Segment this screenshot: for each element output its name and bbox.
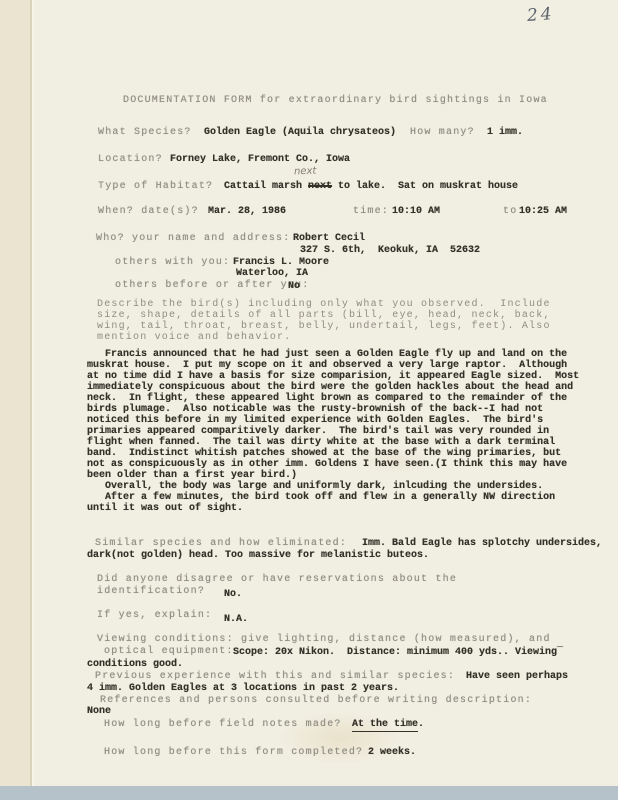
previous-experience-value-1: Have seen perhaps xyxy=(466,671,568,682)
viewing-value-1: Scope: 20x Nikon. Distance: minimum 400 … xyxy=(233,647,563,658)
others-before-after-label: others before or after you: xyxy=(115,280,309,291)
if-yes-value: N.A. xyxy=(224,614,248,625)
references-label: References and persons consulted before … xyxy=(100,695,532,706)
others-with-label: others with you: xyxy=(115,257,230,268)
field-notes-period: . xyxy=(418,719,424,730)
habitat-label: Type of Habitat? xyxy=(98,181,213,192)
time-value: 10:10 AM xyxy=(392,206,440,217)
describe-prompt-line: size, shape, details of all parts (bill,… xyxy=(97,310,551,321)
scan-bottom-band xyxy=(0,786,618,800)
disagree-label-2: identification? xyxy=(97,586,205,597)
narrative-line: until it was out of sight. xyxy=(87,503,579,514)
similar-species-label: Similar species and how eliminated: xyxy=(95,538,347,549)
to-label: to xyxy=(503,206,517,217)
time-label: time: xyxy=(353,206,389,217)
narrative-line: immediately conspicuous about the bird w… xyxy=(87,382,579,393)
describe-prompt-line: mention voice and behavior. xyxy=(97,332,551,343)
similar-species-value-1: Imm. Bald Eagle has splotchy undersides, xyxy=(362,538,602,549)
narrative-line: noticed this before in my limited experi… xyxy=(87,415,579,426)
others-with-name: Francis L. Moore xyxy=(233,257,329,268)
describe-prompt-line: Describe the bird(s) including only what… xyxy=(97,299,551,310)
location-value: Forney Lake, Fremont Co., Iowa xyxy=(170,154,350,165)
who-name: Robert Cecil xyxy=(293,233,365,244)
narrative-line: Overall, the body was large and uniforml… xyxy=(87,481,579,492)
viewing-label-1: Viewing conditions: give lighting, dista… xyxy=(97,634,551,645)
habitat-value: Cattail marsh next to lake. Sat on muskr… xyxy=(224,181,518,192)
narrative-line: at no time did I have a basis for size c… xyxy=(87,371,579,382)
previous-experience-label: Previous experience with this and simila… xyxy=(95,671,455,682)
scanned-document-page: 24 DOCUMENTATION FORM for extraordinary … xyxy=(0,0,618,800)
habitat-value-pre: Cattail marsh xyxy=(224,181,308,192)
narrative-line: been older than a first year bird.) xyxy=(87,470,579,481)
species-value: Golden Eagle (Aquila chrysateos) xyxy=(204,127,396,138)
disagree-label-1: Did anyone disagree or have reservations… xyxy=(97,574,457,585)
species-label: What Species? xyxy=(98,127,192,138)
how-many-value: 1 imm. xyxy=(487,127,523,138)
location-label: Location? xyxy=(98,154,163,165)
description-narrative: Francis announced that he had just seen … xyxy=(87,349,579,514)
describe-prompt: Describe the bird(s) including only what… xyxy=(97,299,551,343)
habitat-value-post: to lake. Sat on muskrat house xyxy=(332,181,518,192)
who-label: Who? your name and address: xyxy=(96,233,290,244)
who-address: 327 S. 6th, Keokuk, IA 52632 xyxy=(300,245,480,256)
narrative-line: not as conspicuously as in other imm. Go… xyxy=(87,459,579,470)
describe-prompt-line: wing, tail, throat, breast, belly, under… xyxy=(97,321,551,332)
handwritten-page-number: 24 xyxy=(526,4,555,26)
form-title: DOCUMENTATION FORM for extraordinary bir… xyxy=(123,95,548,106)
scan-left-margin xyxy=(0,0,30,800)
previous-experience-value-2: 4 imm. Golden Eagles at 3 locations in p… xyxy=(87,683,399,694)
narrative-line: band. Indistinct whitish patches showed … xyxy=(87,448,579,459)
disagree-value: No. xyxy=(224,589,242,600)
habitat-struck-word: next xyxy=(308,181,332,192)
narrative-line: neck. In flight, these appeared light br… xyxy=(87,393,579,404)
narrative-line: Francis announced that he had just seen … xyxy=(87,349,579,360)
form-completed-label: How long before this form completed? xyxy=(104,747,363,758)
others-before-after-value: No xyxy=(288,281,300,292)
field-notes-label: How long before field notes made? xyxy=(104,719,342,730)
when-label: When? date(s)? xyxy=(98,206,199,217)
how-many-label: How many? xyxy=(410,127,475,138)
to-value: 10:25 AM xyxy=(519,206,567,217)
narrative-line: muskrat house. I put my scope on it and … xyxy=(87,360,579,371)
similar-species-value-2: dark(not golden) head. Too massive for m… xyxy=(87,550,429,561)
field-notes-underlined: At the time xyxy=(352,719,418,732)
viewing-value-2: conditions good. xyxy=(87,659,183,670)
if-yes-label: If yes, explain: xyxy=(97,610,212,621)
form-completed-value: 2 weeks. xyxy=(368,747,416,758)
others-with-city: Waterloo, IA xyxy=(236,268,308,279)
viewing-label-2: optical equipment: xyxy=(104,646,234,657)
references-value: None xyxy=(87,706,111,717)
field-notes-value: At the time. xyxy=(352,719,424,730)
narrative-line: After a few minutes, the bird took off a… xyxy=(87,492,579,503)
handwritten-correction: next xyxy=(294,166,317,178)
narrative-line: birds plumage. Also noticable was the ru… xyxy=(87,404,579,415)
paper-edge-highlight xyxy=(32,0,34,800)
when-value: Mar. 28, 1986 xyxy=(208,206,286,217)
narrative-line: primaries appeared comparitively darker.… xyxy=(87,426,579,437)
narrative-line: flight when fanned. The tail was dirty w… xyxy=(87,437,579,448)
